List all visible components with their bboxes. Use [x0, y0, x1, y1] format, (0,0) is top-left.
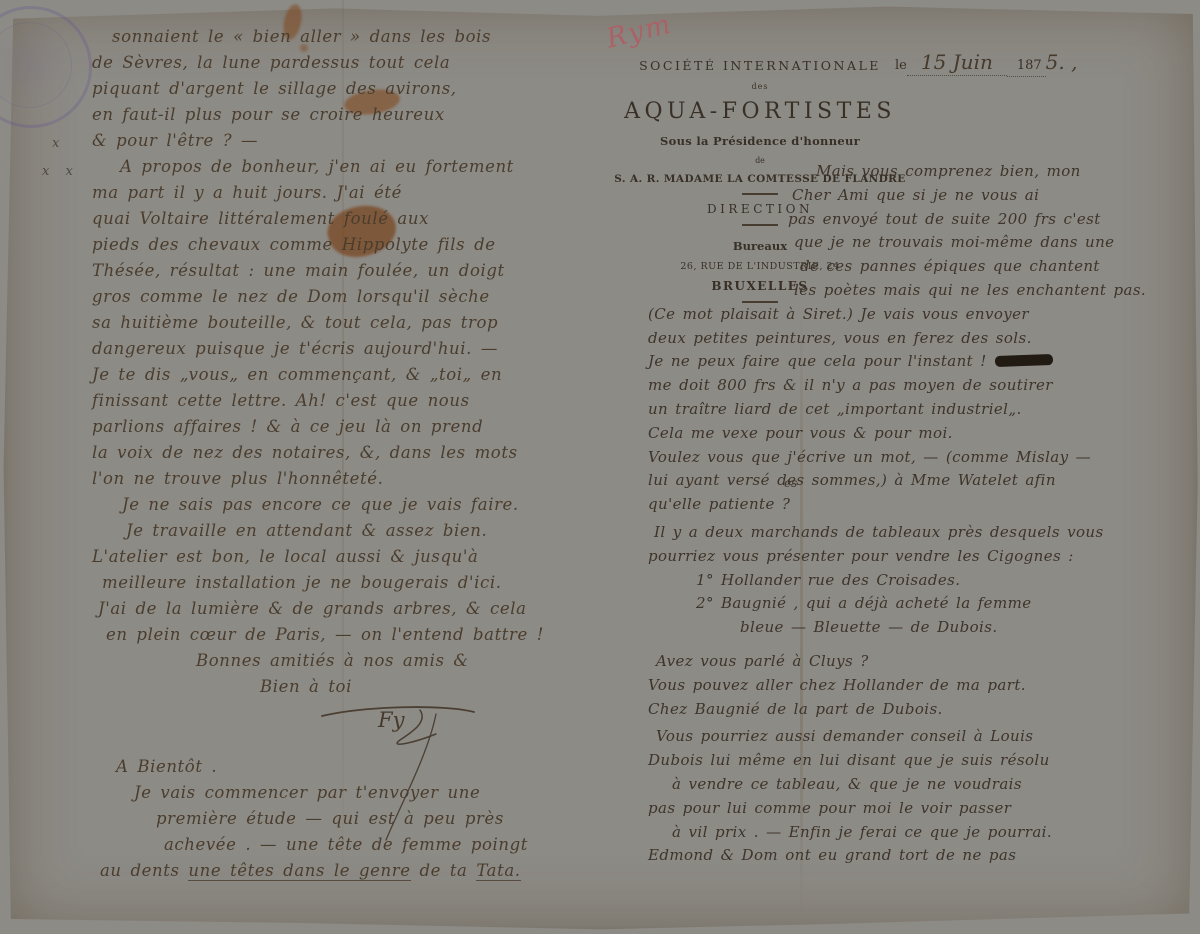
handwritten-line: Bien à toi — [260, 674, 592, 700]
handwritten-line: Edmond & Dom ont eu grand tort de ne pas — [648, 844, 1188, 868]
letter-scan: Rym x x x SOCIÉTÉ INTERNATIONALE des AQU… — [0, 0, 1200, 934]
handwritten-line: pourriez vous présenter pour vendre les … — [648, 545, 1188, 569]
handwritten-line: bleue — Bleuette — de Dubois. — [740, 616, 1188, 640]
margin-x-mark: x x — [42, 164, 79, 179]
date-punctuation: . , — [1058, 50, 1077, 74]
signature: Fy — [316, 702, 496, 748]
margin-x-mark: x — [52, 136, 65, 151]
handwritten-line: lui ayant versé des sommes,) à Mme Watel… — [648, 469, 1188, 493]
handwritten-line: que je ne trouvais moi-même dans une — [794, 231, 1188, 255]
handwritten-line: Mais vous comprenez bien, mon — [816, 160, 1188, 184]
handwritten-line: ma part il y a huit jours. J'ai été — [92, 180, 592, 206]
left-page-handwriting: sonnaient le « bien aller » dans les boi… — [92, 24, 592, 884]
handwritten-line: Vous pourriez aussi demander conseil à L… — [656, 725, 1188, 749]
handwritten-line: à vil prix . — Enfin je ferai ce que je … — [672, 821, 1188, 845]
handwritten-line: Cher Ami que si je ne vous ai — [792, 184, 1188, 208]
closing-salutation: Bonnes amitiés à nos amis &Bien à toi — [92, 648, 592, 700]
date-printed-le: le — [895, 58, 907, 73]
handwritten-line: deux petites peintures, vous en ferez de… — [648, 327, 1188, 351]
collection-stamp-inner-ring — [0, 22, 72, 108]
letterhead-honor-line: Sous la Présidence d'honneur — [612, 134, 908, 148]
handwritten-line: Bonnes amitiés à nos amis & — [196, 648, 592, 674]
handwritten-line: première étude — qui est à peu près — [156, 806, 592, 832]
letterhead-society-name: AQUA-FORTISTES — [612, 99, 908, 124]
handwritten-line: & pour l'être ? — — [92, 128, 592, 154]
handwritten-line: finissant cette lettre. Ah! c'est que no… — [92, 388, 592, 414]
handwritten-line: de ces pannes épiques que chantent — [800, 255, 1188, 279]
handwritten-line: Cela me vexe pour vous & pour moi. — [648, 422, 1188, 446]
handwritten-line: L'atelier est bon, le local aussi & jusq… — [92, 544, 592, 570]
handwritten-line: Voulez vous que j'écrive un mot, — (comm… — [648, 446, 1188, 470]
handwritten-line: Dubois lui même en lui disant que je sui… — [648, 749, 1188, 773]
handwritten-line: à vendre ce tableau, & que je ne voudrai… — [672, 773, 1188, 797]
right-paragraph-4: Vous pourriez aussi demander conseil à L… — [648, 725, 1188, 868]
postscript: A Bientôt .Je vais commencer par t'envoy… — [92, 754, 592, 858]
handwritten-line: gros comme le nez de Dom lorsqu'il sèche — [92, 284, 592, 310]
right-page-handwriting: Mais vous comprenez bien, monCher Ami qu… — [648, 160, 1188, 868]
postscript-underlined-name: Tata. — [476, 861, 520, 881]
handwritten-line: 2° Baugnié , qui a déjà acheté la femme — [696, 592, 1188, 616]
left-paragraph-1: sonnaient le « bien aller » dans les boi… — [92, 24, 592, 154]
right-paragraph-2: Il y a deux marchands de tableaux près d… — [648, 521, 1188, 640]
handwritten-line: A Bientôt . — [116, 754, 592, 780]
handwritten-line: meilleure installation je ne bougerais d… — [102, 570, 592, 596]
handwritten-line: un traître liard de cet „important indus… — [648, 398, 1188, 422]
handwritten-line: en plein cœur de Paris, — on l'entend ba… — [106, 622, 592, 648]
handwritten-line: parlions affaires ! & à ce jeu là on pre… — [92, 414, 592, 440]
postscript-last-middle: de ta — [411, 861, 477, 880]
interline-insertion: es — [784, 476, 797, 490]
left-paragraph-3: Je ne sais pas encore ce que je vais fai… — [92, 492, 592, 648]
handwritten-line: me doit 800 frs & il n'y a pas moyen de … — [648, 374, 1188, 398]
date-printed-year: 187 — [1007, 58, 1046, 77]
handwritten-line: piquant d'argent le sillage des avirons, — [92, 76, 592, 102]
letterhead-des: des — [612, 82, 908, 91]
handwritten-line: sa huitième bouteille, & tout cela, pas … — [92, 310, 592, 336]
handwritten-line: Je vais commencer par t'envoyer une — [134, 780, 592, 806]
handwritten-line: Thésée, résultat : une main foulée, un d… — [92, 258, 592, 284]
handwritten-line: Vous pouvez aller chez Hollander de ma p… — [648, 674, 1188, 698]
signature-flourish — [316, 702, 496, 748]
handwritten-line: qu'elle patiente ? — [648, 493, 1188, 517]
handwritten-line: dangereux puisque je t'écris aujourd'hui… — [92, 336, 592, 362]
handwritten-line: quai Voltaire littéralement foulé aux — [92, 206, 592, 232]
signature-initials: Fy — [378, 708, 404, 732]
handwritten-line: achevée . — une tête de femme poingt — [164, 832, 592, 858]
handwritten-line: en faut-il plus pour se croire heureux — [92, 102, 592, 128]
handwritten-line: pas pour lui comme pour moi le voir pass… — [648, 797, 1188, 821]
handwritten-line: sonnaient le « bien aller » dans les boi… — [112, 24, 592, 50]
handwritten-line: Avez vous parlé à Cluys ? — [656, 650, 1188, 674]
handwritten-line: Je ne peux faire que cela pour l'instant… — [648, 350, 1188, 374]
postscript-last-line: au dents une têtes dans le genre de ta T… — [100, 858, 592, 884]
handwritten-line: pas envoyé tout de suite 200 frs c'est — [788, 208, 1188, 232]
handwritten-line: J'ai de la lumière & de grands arbres, &… — [98, 596, 592, 622]
postscript-last-prefix: au dents — [100, 861, 188, 880]
right-paragraph-3: Avez vous parlé à Cluys ?Vous pouvez all… — [648, 650, 1188, 721]
handwritten-line: pieds des chevaux comme Hippolyte fils d… — [92, 232, 592, 258]
handwritten-line: (Ce mot plaisait à Siret.) Je vais vous … — [648, 303, 1188, 327]
handwritten-line: A propos de bonheur, j'en ai eu fortemen… — [120, 154, 592, 180]
left-paragraph-2: A propos de bonheur, j'en ai eu fortemen… — [92, 154, 592, 492]
dateline: le 15 Juin 187 5 . , — [895, 50, 1077, 77]
handwritten-line: l'on ne trouve plus l'honnêteté. — [92, 466, 592, 492]
handwritten-line: Je ne sais pas encore ce que je vais fai… — [122, 492, 592, 518]
letterhead-society-line: SOCIÉTÉ INTERNATIONALE — [612, 58, 908, 73]
right-paragraph-1: Mais vous comprenez bien, monCher Ami qu… — [648, 160, 1188, 517]
handwritten-line: la voix de nez des notaires, &, dans les… — [92, 440, 592, 466]
postscript-underlined-phrase: une têtes dans le genre — [188, 861, 410, 881]
handwritten-line: les poètes mais qui ne les enchantent pa… — [794, 279, 1188, 303]
handwritten-line: Chez Baugnié de la part de Dubois. — [648, 698, 1188, 722]
handwritten-line: Il y a deux marchands de tableaux près d… — [654, 521, 1188, 545]
handwritten-line: 1° Hollander rue des Croisades. — [696, 569, 1188, 593]
handwritten-line: Je travaille en attendant & assez bien. — [126, 518, 592, 544]
date-handwritten-day-month: 15 Juin — [907, 50, 1007, 76]
handwritten-line: de Sèvres, la lune pardessus tout cela — [92, 50, 592, 76]
handwritten-line: Je te dis „vous„ en commençant, & „toi„ … — [92, 362, 592, 388]
date-handwritten-year-digit: 5 — [1046, 50, 1059, 74]
